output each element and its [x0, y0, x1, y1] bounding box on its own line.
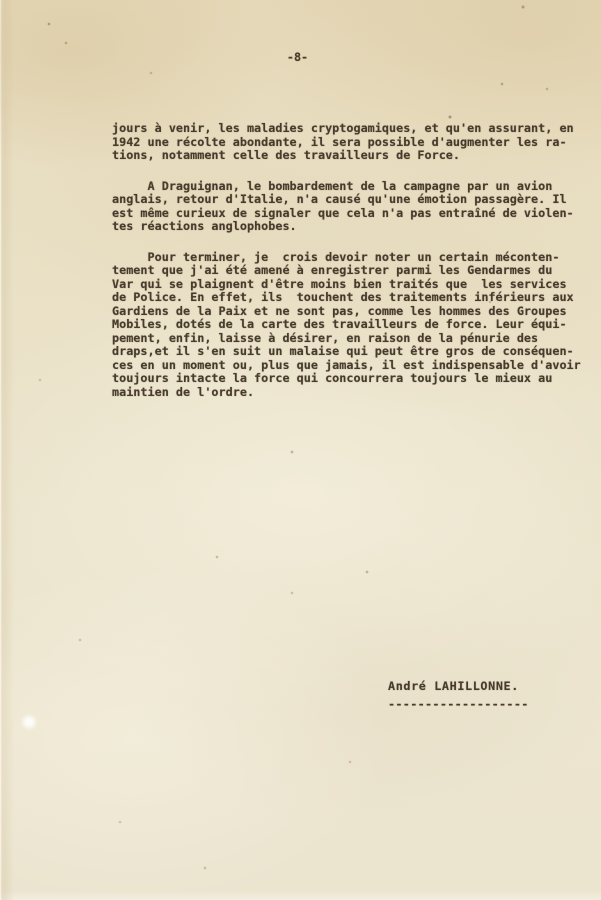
signature-name: André LAHILLONNE.: [388, 680, 529, 694]
paragraph-gendarmes-discontent: Pour terminer, je crois devoir noter un …: [112, 251, 587, 400]
paragraph-draguignan-bombing: A Draguignan, le bombardement de la camp…: [112, 180, 587, 234]
document-body: jours à venir, les maladies cryptogamiqu…: [112, 122, 587, 416]
signature-underline: -------------------: [388, 698, 529, 712]
page-number: -8-: [0, 51, 595, 65]
signature-block: André LAHILLONNE. -------------------: [388, 680, 529, 711]
scanned-document-page: -8- jours à venir, les maladies cryptoga…: [0, 0, 601, 900]
paragraph-harvest-rations: jours à venir, les maladies cryptogamiqu…: [112, 122, 587, 163]
